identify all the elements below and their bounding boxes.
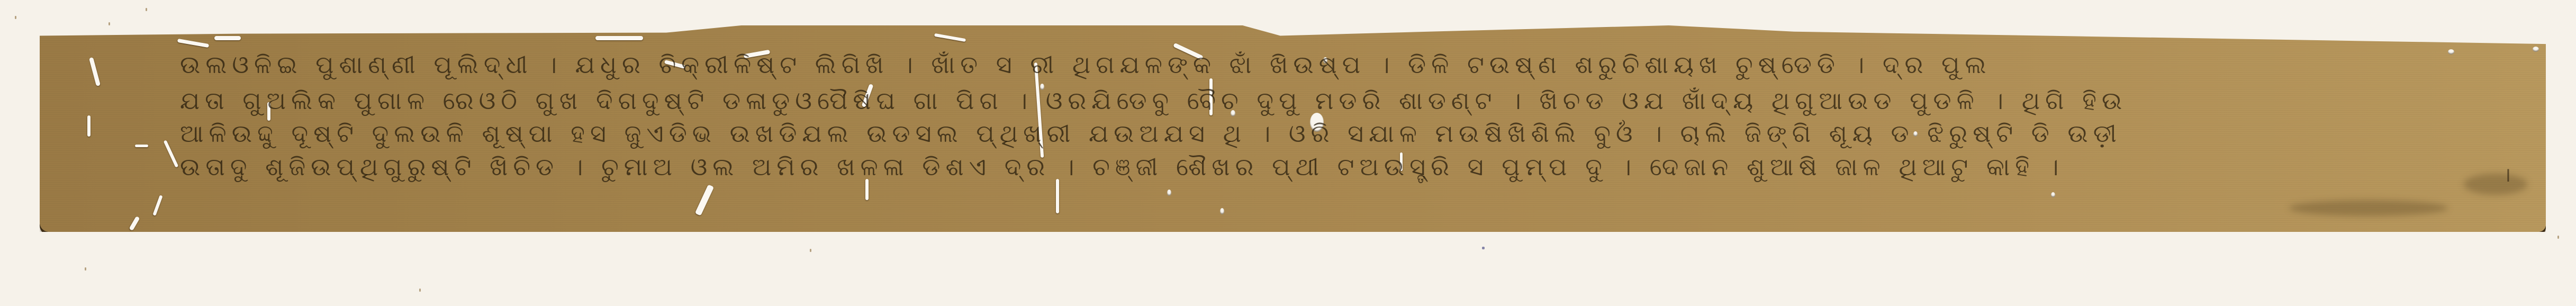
manuscript-line-3: ଆଳିଉଦ୍ଦୁ ଦୂଷ୍ଟି ଦୁଲଉଳି ଶୂଷ୍ପା ହସ ଜୁଏଡିଭ … xyxy=(180,119,2122,149)
pinhole xyxy=(2448,49,2454,55)
manuscript-line-4: ଉତାଦୁ ଶୂଜିଉପ୍ଥିଗୁରୁଷ୍ଟି ଖିଚିଡ । ଚୁମାଅ ଓଲ… xyxy=(180,152,2064,182)
insect-damage xyxy=(89,57,101,86)
stain xyxy=(2464,174,2527,195)
background-speck xyxy=(109,22,110,25)
manuscript-line-2: ଯତା ଗୁଅଲିକ ପୁଗାଳ ରେଓଠି ଗୁଖ ଦିଗଦୁଷ୍ଟି ଡଳା… xyxy=(180,86,2127,116)
danda-mark: । xyxy=(2503,160,2511,188)
background-speck xyxy=(15,16,16,19)
insect-damage xyxy=(135,145,148,147)
insect-damage xyxy=(214,36,241,40)
background-speck xyxy=(146,8,147,11)
pinhole xyxy=(2533,47,2539,52)
stain xyxy=(2289,200,2448,216)
background-speck xyxy=(419,289,421,292)
insect-damage xyxy=(177,39,209,48)
pinhole xyxy=(1167,190,1171,196)
pinhole xyxy=(2051,192,2055,197)
manuscript-line-1: ଉଲଓଳିଇ ପୁଶାଣ୍ଣୀ ପୂଲିଦ୍ଧୀ । ଯଧୁର ଚିକ୍ରୀଳି… xyxy=(180,50,1991,80)
insect-damage xyxy=(152,195,162,216)
insect-damage xyxy=(934,33,966,42)
insect-damage xyxy=(595,36,643,40)
insect-damage xyxy=(1056,179,1059,213)
background-speck xyxy=(1482,247,1485,249)
insect-damage xyxy=(164,140,179,167)
insect-damage xyxy=(87,115,91,137)
background-speck xyxy=(2557,236,2559,239)
insect-damage xyxy=(129,216,140,231)
insect-damage xyxy=(865,179,869,200)
background-speck xyxy=(85,267,86,271)
insect-damage xyxy=(695,184,714,215)
background-speck xyxy=(810,249,811,252)
pinhole xyxy=(1220,208,1224,214)
